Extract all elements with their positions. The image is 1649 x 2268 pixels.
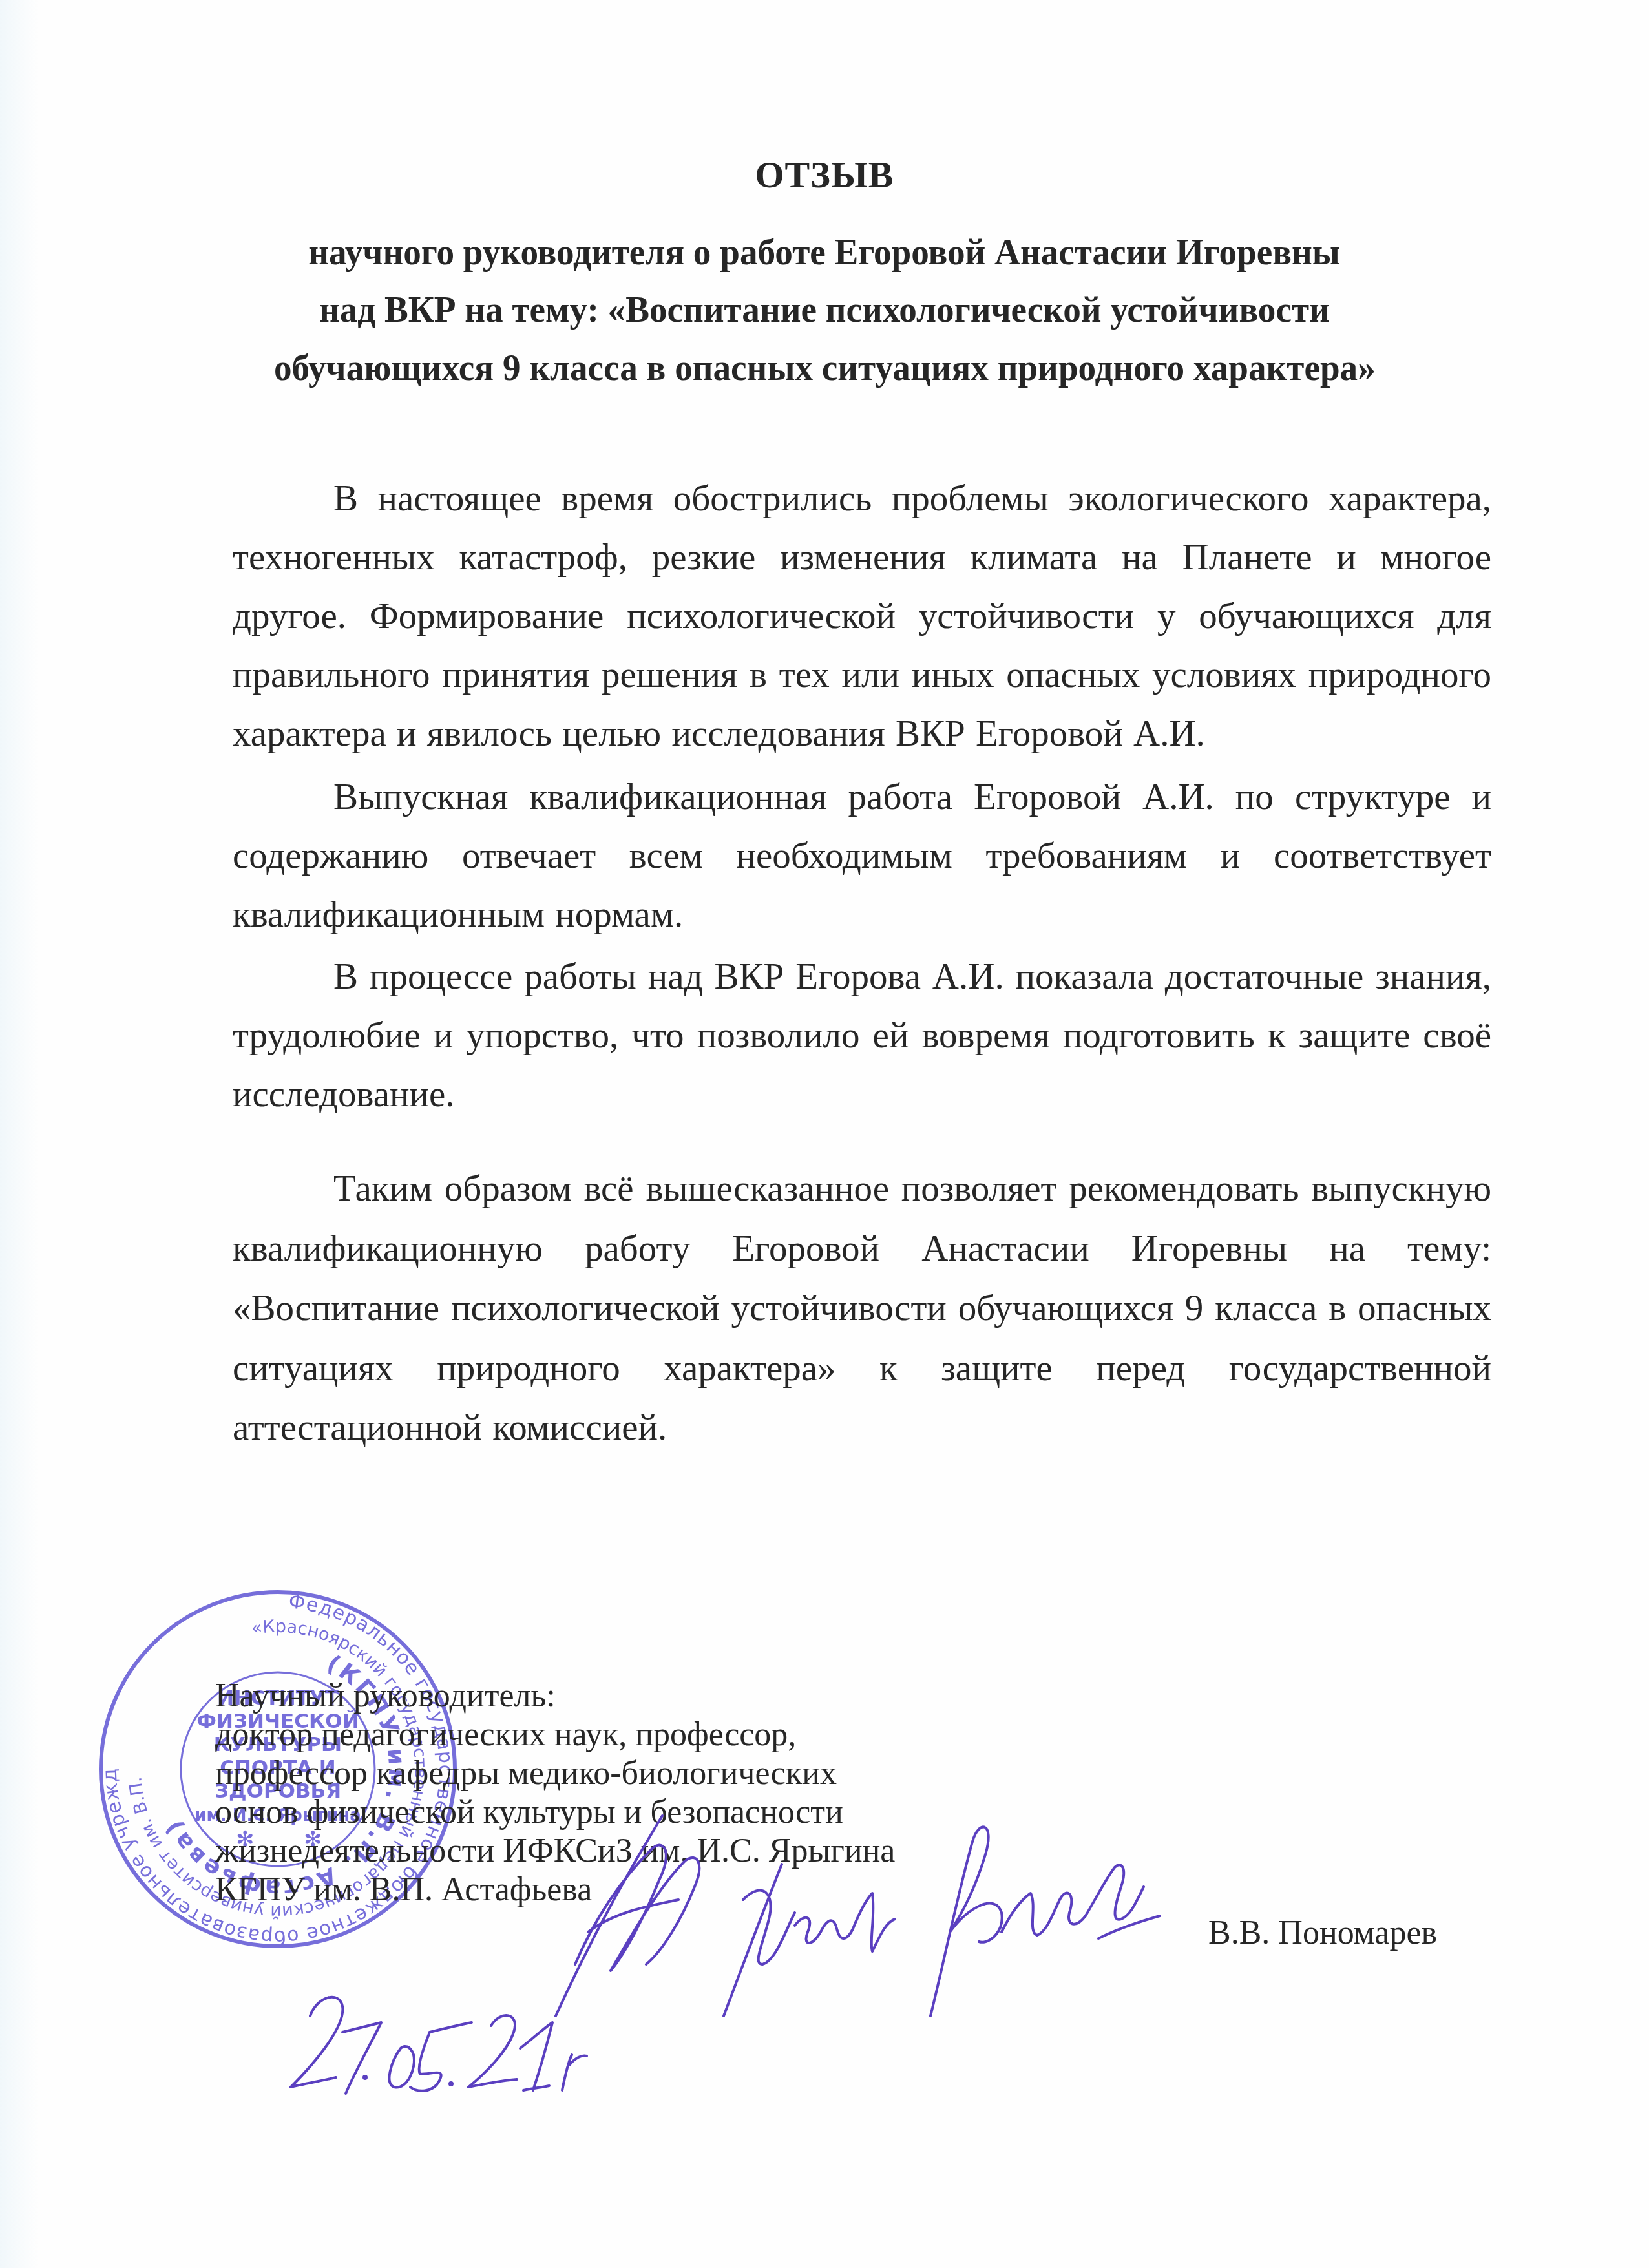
handwritten-signature-icon — [549, 1803, 1195, 2022]
subtitle-text: над ВКР на тему: «Воспитание психологиче… — [319, 288, 1330, 333]
body-paragraph-1: В настоящее время обострились проблемы э… — [233, 469, 1491, 763]
subtitle-text: научного руководителя о работе Егоровой … — [309, 230, 1341, 275]
signer-degree: доктор педагогических наук, профессор, — [215, 1716, 895, 1754]
subtitle-text: обучающихся 9 класса в опасных ситуациях… — [274, 346, 1376, 391]
body-paragraph-4: Таким образом всё вышесказанное позволяе… — [233, 1159, 1491, 1458]
handwritten-date-icon — [278, 1977, 614, 2106]
document-page: ОТЗЫВ научного руководителя о работе Его… — [0, 0, 1649, 2268]
body-paragraph-3: В процессе работы над ВКР Егорова А.И. п… — [233, 947, 1491, 1124]
signer-role: Научный руководитель: — [215, 1677, 895, 1716]
document-subtitle-line-3: обучающихся 9 класса в опасных ситуациях… — [0, 346, 1649, 391]
document-subtitle-line-2: над ВКР на тему: «Воспитание психологиче… — [0, 288, 1649, 333]
body-paragraph-2: Выпускная квалификационная работа Егоров… — [233, 768, 1491, 944]
document-subtitle-line-1: научного руководителя о работе Егоровой … — [0, 230, 1649, 275]
scanner-edge-shading — [0, 0, 39, 2268]
signer-name: В.В. Пономарев — [1208, 1914, 1437, 1953]
document-title: ОТЗЫВ — [0, 152, 1649, 198]
signer-position: профессор кафедры медико-биологических — [215, 1754, 895, 1793]
